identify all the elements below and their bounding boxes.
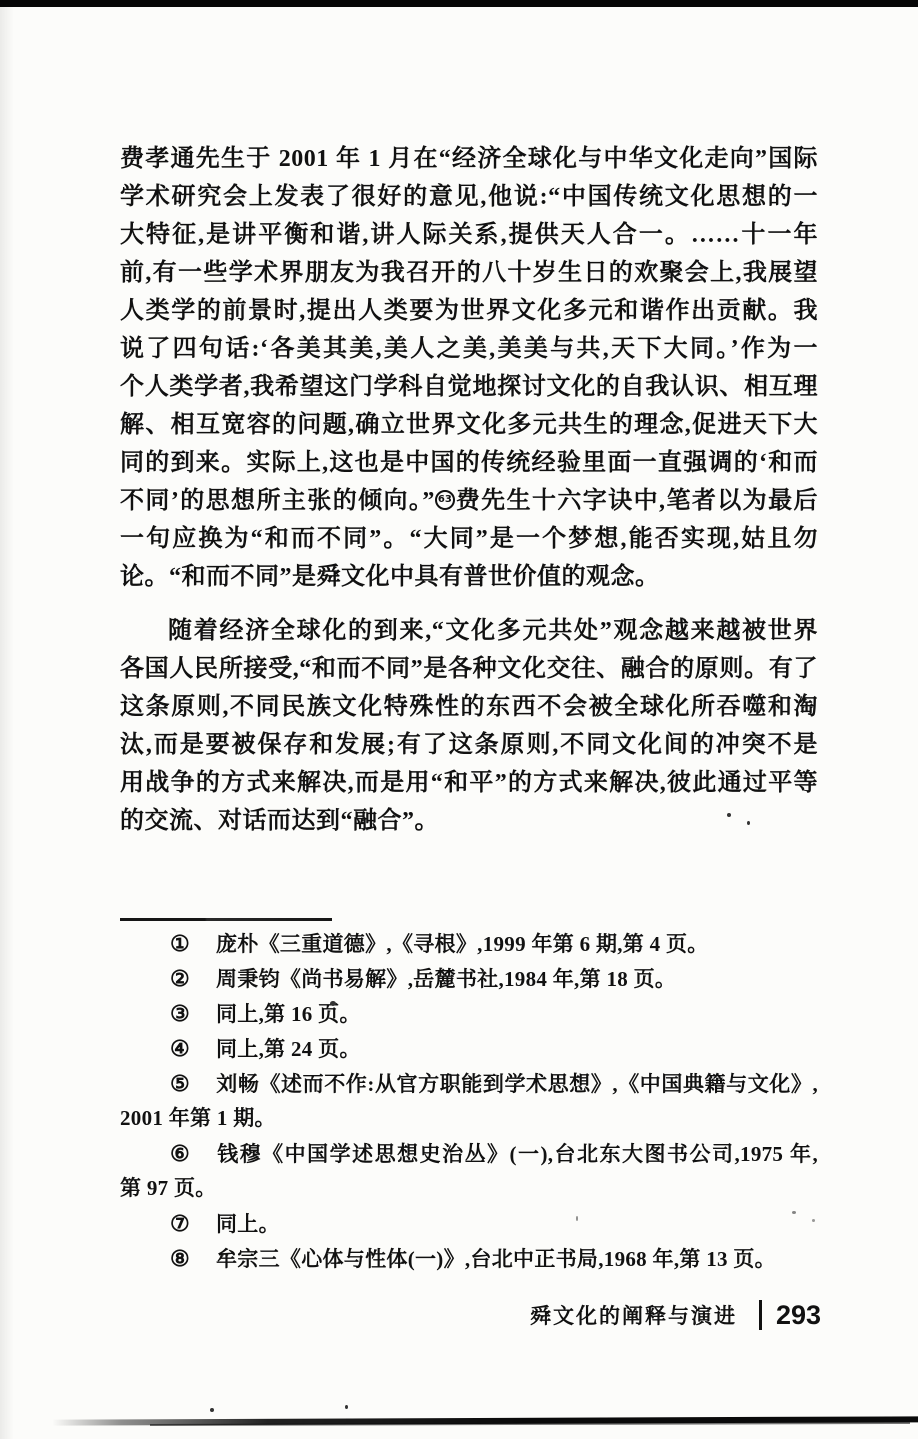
footnote-text: 同上。 [216,1212,280,1236]
scan-speck [792,1211,796,1214]
footnote-number: ⑧ [170,1241,196,1276]
footer-divider [759,1300,762,1330]
scan-speck [576,1216,578,1221]
body-line: 论。“和而不同”是舜文化中具有普世价值的观念。 [120,558,818,596]
body-line: 人类学的前景时,提出人类要为世界文化多元和谐作出贡献。我 [120,292,818,330]
footnote-ref-marker: 63 [435,490,455,510]
body-line: 用战争的方式来解决,而是用“和平”的方式来解决,彼此通过平等 [120,764,818,802]
section-title: 舜文化的阐释与演进 [530,1300,737,1330]
footnote-text: 2001 年第 1 期。 [120,1106,276,1130]
footnote-number: ⑦ [170,1206,196,1241]
scan-top-edge [0,0,918,7]
body-line-with-note-ref: 不同’的思想所主张的倾向。”63费先生十六字诀中,笔者以为最后 [120,482,818,520]
footnote-text: 周秉钧《尚书易解》,岳麓书社,1984 年,第 18 页。 [216,967,676,991]
body-line: 说了四句话:‘各美其美,美人之美,美美与共,天下大同。’作为一 [120,330,818,368]
body-line: 随着经济全球化的到来,“文化多元共处”观念越来越被世界 [120,612,818,650]
footnote-text: 钱穆《中国学述思想史治丛》(一),台北东大图书公司,1975 年, [216,1142,818,1166]
body-line: 的交流、对话而达到“融合”。 [120,802,818,840]
footnote-text: 庞朴《三重道德》,《寻根》,1999 年第 6 期,第 4 页。 [216,932,709,956]
footnote-line: ④同上,第 24 页。 [120,1031,818,1066]
footnote-text: 同上,第 24 页。 [216,1037,361,1061]
footnote-text: 同上,第 16 页。 [216,1002,361,1026]
footnote-number: ④ [170,1031,196,1066]
footnote-number: ⑤ [170,1066,196,1101]
footnote-text: 牟宗三《心体与性体(一)》,台北中正书局,1968 年,第 13 页。 [216,1247,776,1271]
body-line: 这条原则,不同民族文化特殊性的东西不会被全球化所吞噬和淘 [120,688,818,726]
footnote-line: ⑦同上。 [120,1206,818,1241]
footnote-line: ⑥钱穆《中国学述思想史治丛》(一),台北东大图书公司,1975 年, [120,1136,818,1171]
body-line: 同的到来。实际上,这也是中国的传统经验里面一直强调的‘和而 [120,444,818,482]
body-text-segment: 费先生十六字诀中,笔者以为最后 [455,488,818,514]
body-line: 前,有一些学术界朋友为我召开的八十岁生日的欢聚会上,我展望 [120,254,818,292]
scan-speck [210,1408,214,1412]
body-line: 大特征,是讲平衡和谐,讲人际关系,提供天人合一。……十一年 [120,216,818,254]
body-line: 学术研究会上发表了很好的意见,他说:“中国传统文化思想的一 [120,178,818,216]
footnote-line: ⑤刘畅《述而不作:从官方职能到学术思想》,《中国典籍与文化》, [120,1066,818,1101]
scan-left-shade [0,0,14,1439]
scan-speck [727,813,731,817]
footnote-continuation-line: 第 97 页。 [120,1171,818,1206]
footnote-number: ① [170,926,196,961]
scan-speck [812,1219,815,1222]
scan-speck [747,821,750,825]
footnotes-block: ①庞朴《三重道德》,《寻根》,1999 年第 6 期,第 4 页。 ②周秉钧《尚… [120,926,818,1276]
footnote-number: ⑥ [170,1136,196,1171]
footnote-line: ⑧牟宗三《心体与性体(一)》,台北中正书局,1968 年,第 13 页。 [120,1241,818,1276]
footnote-text: 第 97 页。 [120,1176,217,1200]
footnote-text: 刘畅《述而不作:从官方职能到学术思想》,《中国典籍与文化》, [216,1072,818,1096]
body-line: 费孝通先生于 2001 年 1 月在“经济全球化与中华文化走向”国际 [120,140,818,178]
footnote-number: ② [170,961,196,996]
scan-speck [330,1001,336,1006]
body-line: 解、相互宽容的问题,确立世界文化多元共生的理念,促进天下大 [120,406,818,444]
footnote-separator-rule [120,918,332,921]
footnote-line: ③同上,第 16 页。 [120,996,818,1031]
body-line: 各国人民所接受,“和而不同”是各种文化交往、融合的原则。有了 [120,650,818,688]
body-line: 一句应换为“和而不同”。“大同”是一个梦想,能否实现,姑且勿 [120,520,818,558]
body-text: 费孝通先生于 2001 年 1 月在“经济全球化与中华文化走向”国际 学术研究会… [120,140,818,840]
body-text-segment: 不同’的思想所主张的倾向。” [120,488,435,514]
footnote-line: ①庞朴《三重道德》,《寻根》,1999 年第 6 期,第 4 页。 [120,926,818,961]
footnote-continuation-line: 2001 年第 1 期。 [120,1101,818,1136]
footnote-number: ③ [170,996,196,1031]
scanned-page: 费孝通先生于 2001 年 1 月在“经济全球化与中华文化走向”国际 学术研究会… [0,0,918,1439]
body-line: 个人类学者,我希望这门学科自觉地探讨文化的自我认识、相互理 [120,368,818,406]
footnote-line: ②周秉钧《尚书易解》,岳麓书社,1984 年,第 18 页。 [120,961,818,996]
page-footer: 舜文化的阐释与演进 293 [530,1298,821,1332]
page-number: 293 [776,1300,821,1331]
scan-speck [345,1405,348,1409]
paragraph-2: 随着经济全球化的到来,“文化多元共处”观念越来越被世界 各国人民所接受,“和而不… [120,612,818,840]
body-line: 汰,而是要被保存和发展;有了这条原则,不同文化间的冲突不是 [120,726,818,764]
